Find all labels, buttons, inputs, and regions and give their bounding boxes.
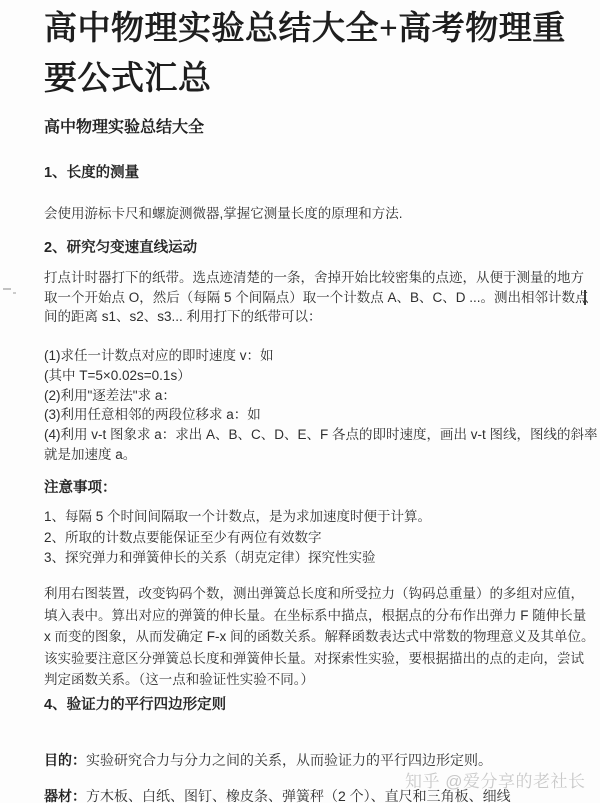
page-subtitle: 高中物理实验总结大全 xyxy=(44,114,568,137)
text-line: (1)求任一计数点对应的即时速度 v：如 xyxy=(44,346,568,366)
text-line: (3)利用任意相邻的两段位移求 a：如 xyxy=(44,405,568,425)
section-4-heading: 4、验证力的平行四边形定则 xyxy=(44,693,568,714)
text-line: 1、每隔 5 个时间间隔取一个计数点，是为求加速度时便于计算。 xyxy=(44,507,568,528)
scan-edge-artifact xyxy=(2,287,18,297)
text-line: 间的距离 s1、s2、s3... 利用打下的纸带可以： xyxy=(44,307,568,327)
section-1-body: 会使用游标卡尺和螺旋测微器,掌握它测量长度的原理和方法. xyxy=(44,202,568,222)
tape-timer-paragraph: 打点计时器打下的纸带。选点迹清楚的一条，舍掉开始比较密集的点迹，从便于测量的地方… xyxy=(44,268,568,327)
text-line: x 而变的图象，从而发确定 F-x 间的函数关系。解释函数表达式中常数的物理意义… xyxy=(44,626,568,648)
method-list: (1)求任一计数点对应的即时速度 v：如(其中 T=5×0.02s=0.1s）(… xyxy=(44,346,568,465)
text-line: 取一个开始点 O，然后（每隔 5 个间隔点）取一个计数点 A、B、C、D ...… xyxy=(44,288,568,308)
page-title: 高中物理实验总结大全+高考物理重要公式汇总 xyxy=(44,4,568,104)
section-2-heading: 2、研究匀变速直线运动 xyxy=(44,236,568,257)
hooke-law-paragraph: 利用右图装置，改变钩码个数，测出弹簧总长度和所受拉力（钩码总重量）的多组对应值，… xyxy=(44,583,568,691)
notes-heading: 注意事项： xyxy=(44,476,568,497)
text-cursor xyxy=(584,290,586,305)
section-1-heading: 1、长度的测量 xyxy=(44,161,568,182)
text-line: 打点计时器打下的纸带。选点迹清楚的一条，舍掉开始比较密集的点迹，从便于测量的地方 xyxy=(44,268,568,288)
equipment-label: 器材： xyxy=(44,788,86,803)
text-line: 要公式汇总 xyxy=(44,54,568,104)
text-line: 利用右图装置，改变钩码个数，测出弹簧总长度和所受拉力（钩码总重量）的多组对应值， xyxy=(44,583,568,605)
purpose-text: 实验研究合力与分力之间的关系，从而验证力的平行四边形定则。 xyxy=(86,752,492,768)
document-page: 高中物理实验总结大全+高考物理重要公式汇总 高中物理实验总结大全 1、长度的测量… xyxy=(0,0,600,803)
text-line: 高中物理实验总结大全+高考物理重 xyxy=(44,4,568,54)
text-line: (4)利用 v-t 图象求 a：求出 A、B、C、D、E、F 各点的即时速度，画… xyxy=(44,425,568,445)
text-line: 3、探究弹力和弹簧伸长的关系（胡克定律）探究性实验 xyxy=(44,548,568,569)
text-line: 2、所取的计数点要能保证至少有两位有效数字 xyxy=(44,528,568,549)
notes-list: 1、每隔 5 个时间间隔取一个计数点，是为求加速度时便于计算。2、所取的计数点要… xyxy=(44,507,568,569)
text-line: 填入表中。算出对应的弹簧的伸长量。在坐标系中描点，根据点的分布作出弹力 F 随伸… xyxy=(44,605,568,627)
text-line: 就是加速度 a。 xyxy=(44,445,568,465)
artifact-mark xyxy=(3,288,11,290)
artifact-mark xyxy=(13,292,16,294)
text-line: (其中 T=5×0.02s=0.1s） xyxy=(44,366,568,386)
purpose-label: 目的： xyxy=(44,752,86,768)
text-line: 判定函数关系。（这一点和验证性实验不同。） xyxy=(44,669,568,691)
zhihu-watermark: 知乎 @爱分享的老社长 xyxy=(405,767,585,792)
text-line: (2)利用"逐差法"求 a： xyxy=(44,386,568,406)
text-line: 该实验要注意区分弹簧总长度和弹簧伸长量。对探索性实验，要根据描出的点的走向，尝试 xyxy=(44,648,568,670)
